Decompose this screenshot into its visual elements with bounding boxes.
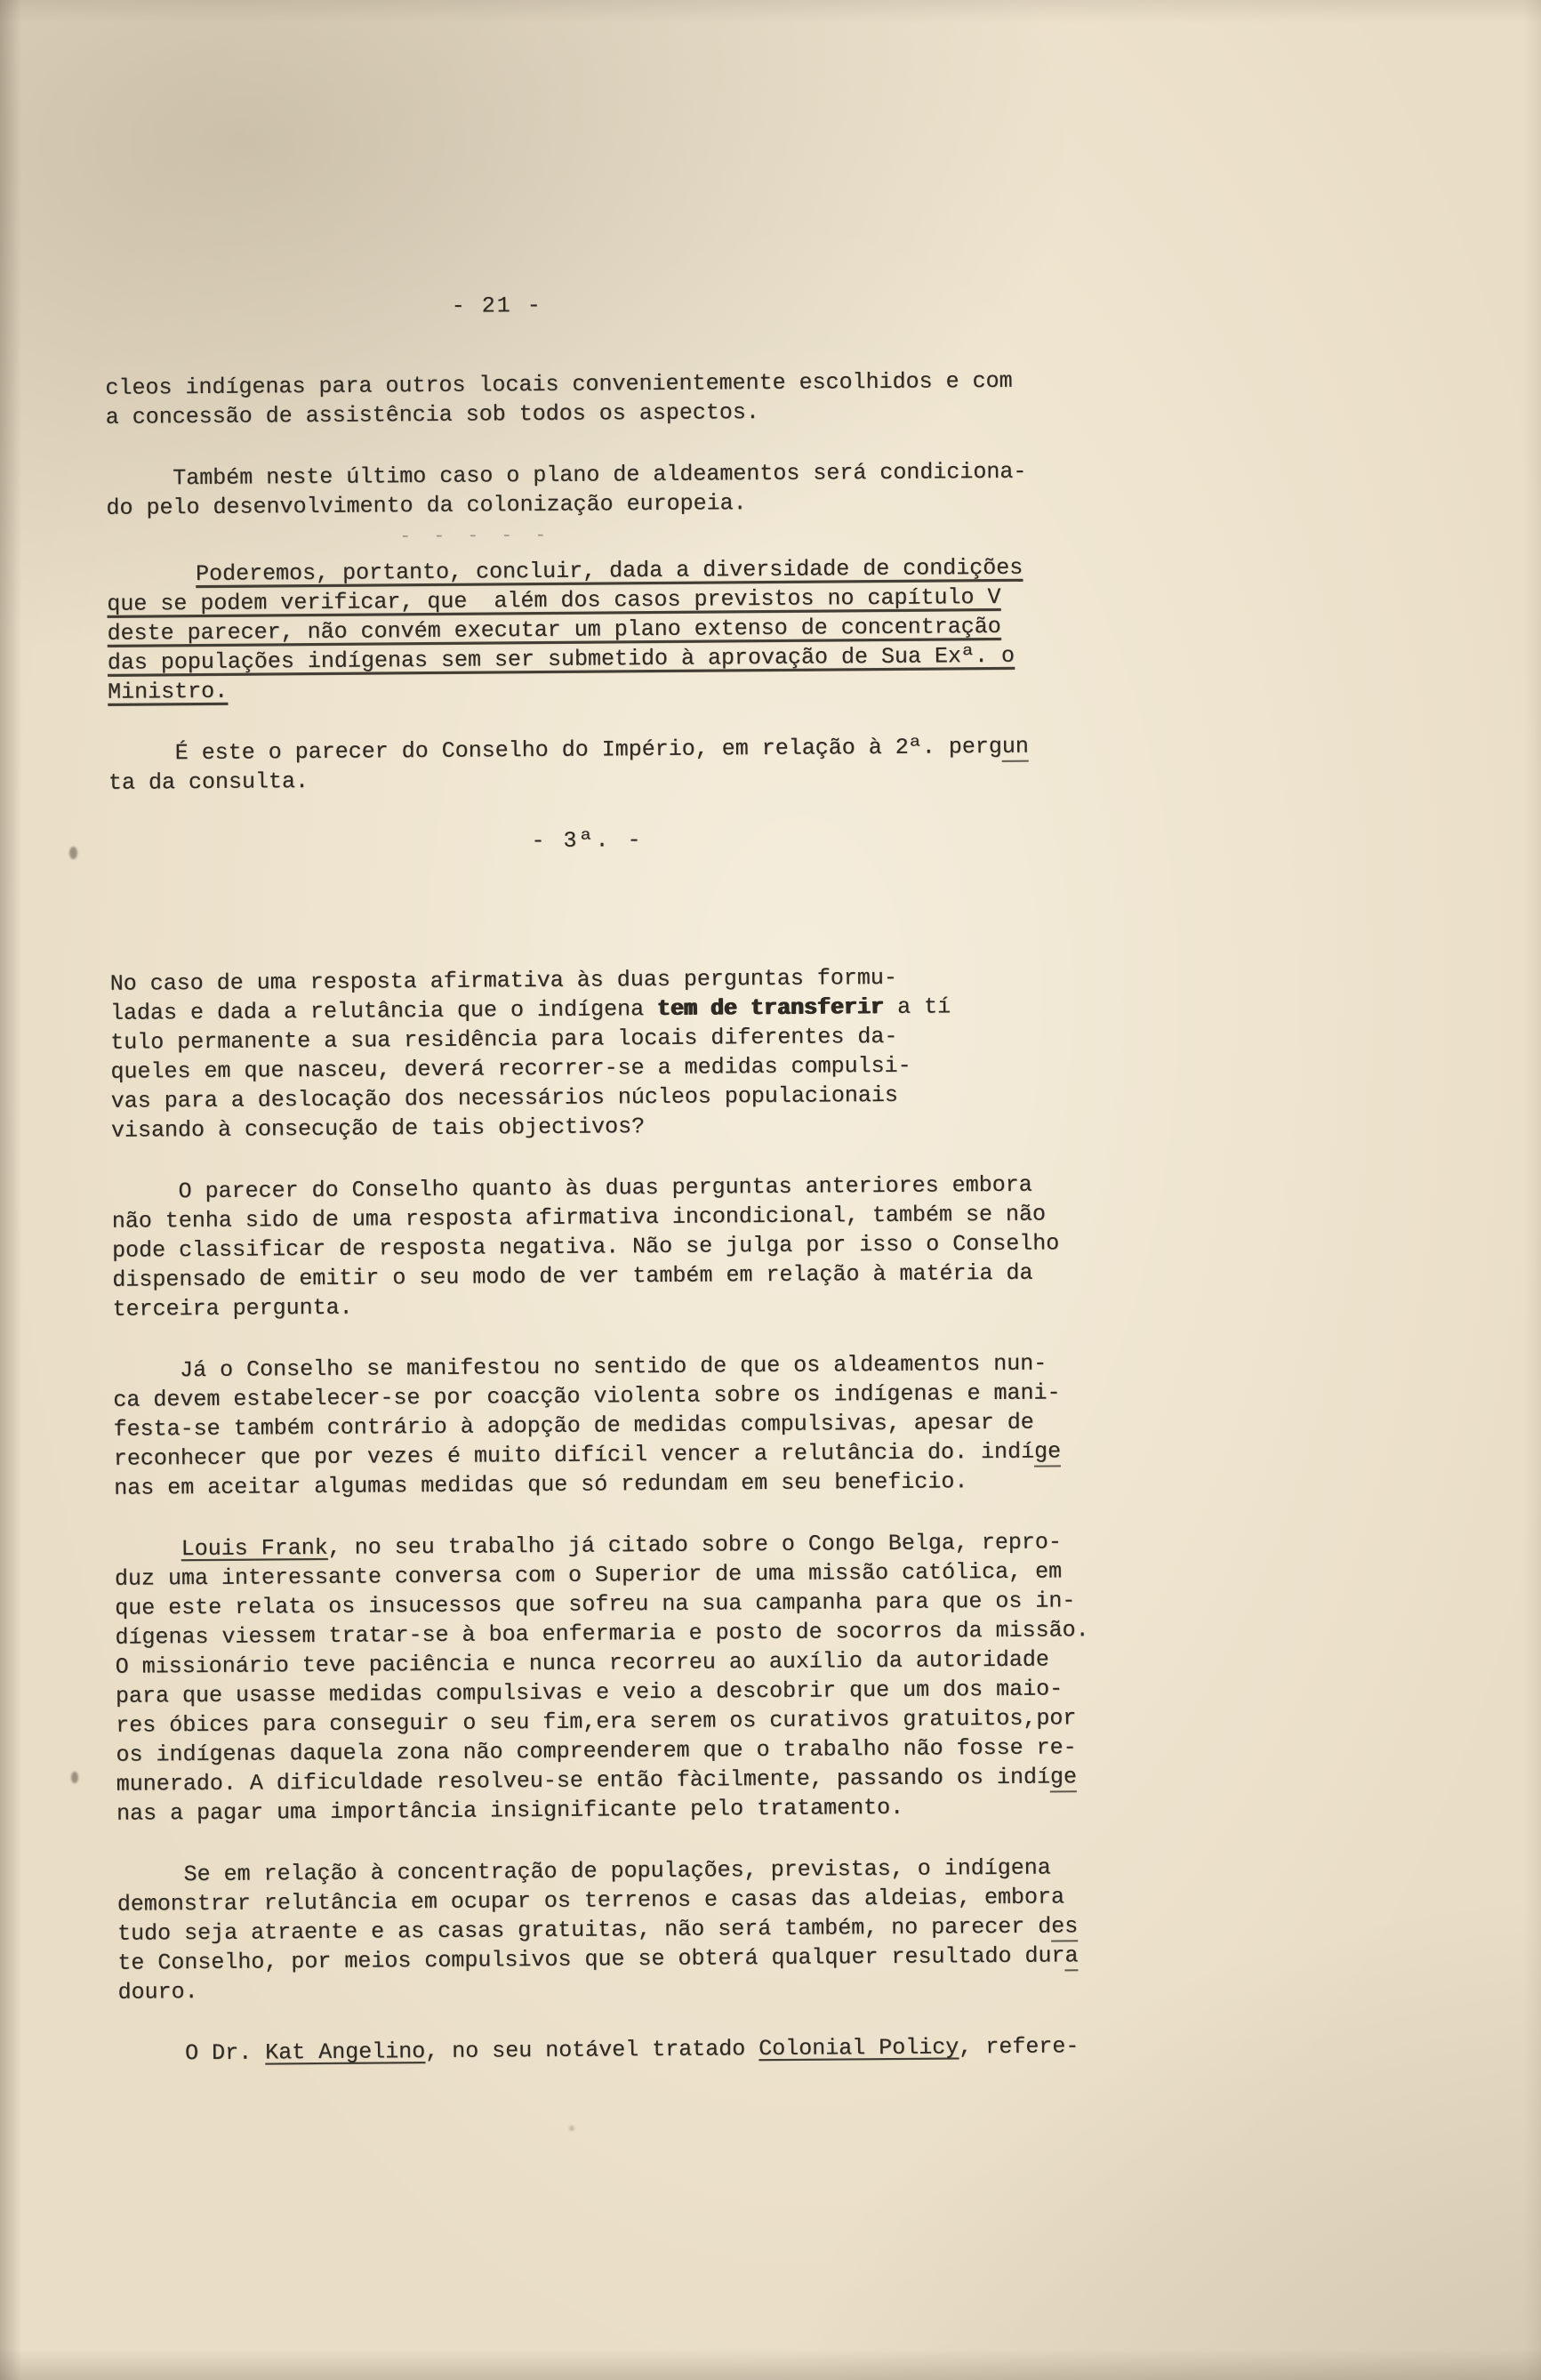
paragraph-louis-frank: Louis Frank, no seu trabalho já citado s…: [115, 1527, 1104, 1829]
hyphenation-mark: ge: [1050, 1764, 1077, 1792]
underlined-author-name: Louis Frank: [181, 1535, 328, 1562]
underlined-book-title: Colonial Policy: [758, 2034, 959, 2062]
paragraph-conselho-manifestou: Já o Conselho se manifestou no sentido d…: [113, 1348, 1101, 1503]
paragraph-aldeamentos: Também neste último caso o plano de alde…: [106, 456, 1093, 523]
paragraph-kat-angelino: O Dr. Kat Angelino, no seu notável trata…: [118, 2031, 1105, 2069]
hyphenation-mark: ge: [1034, 1438, 1061, 1467]
scan-artifact: [569, 2126, 574, 2131]
hyphenation-mark: es: [1051, 1913, 1078, 1942]
hyphenation-mark: un: [1002, 734, 1029, 762]
typewritten-content: - 21 - cleos indígenas para outros locai…: [0, 0, 1106, 2102]
overstruck-phrase: tem de transferir: [657, 994, 884, 1022]
document-page: - 21 - cleos indígenas para outros locai…: [0, 0, 1541, 2380]
paragraph-question-3: No caso de uma resposta afirmativa às du…: [110, 961, 1099, 1146]
underlined-author-name: Kat Angelino: [265, 2038, 425, 2065]
page-number: - 21 -: [452, 291, 542, 321]
paragraph-conclusion-underlined: Poderemos, portanto, concluir, dada a di…: [107, 552, 1095, 707]
paragraph-parecer-resposta: O parecer do Conselho quanto às duas per…: [111, 1170, 1099, 1324]
section-heading-3a: - 3ª. -: [531, 825, 643, 856]
text-line: O Dr. Kat Angelino, no seu notável trata…: [118, 2031, 1105, 2069]
separator-marks: - - - - -: [400, 524, 1094, 545]
paragraph-concentracao: Se em relação à concentração de populaçõ…: [116, 1853, 1104, 2007]
hyphenation-mark: a: [1064, 1942, 1078, 1971]
paragraph-continuation: cleos indígenas para outros locais conve…: [105, 366, 1092, 432]
paragraph-parecer-2a: É este o parecer do Conselho do Império,…: [108, 731, 1096, 798]
